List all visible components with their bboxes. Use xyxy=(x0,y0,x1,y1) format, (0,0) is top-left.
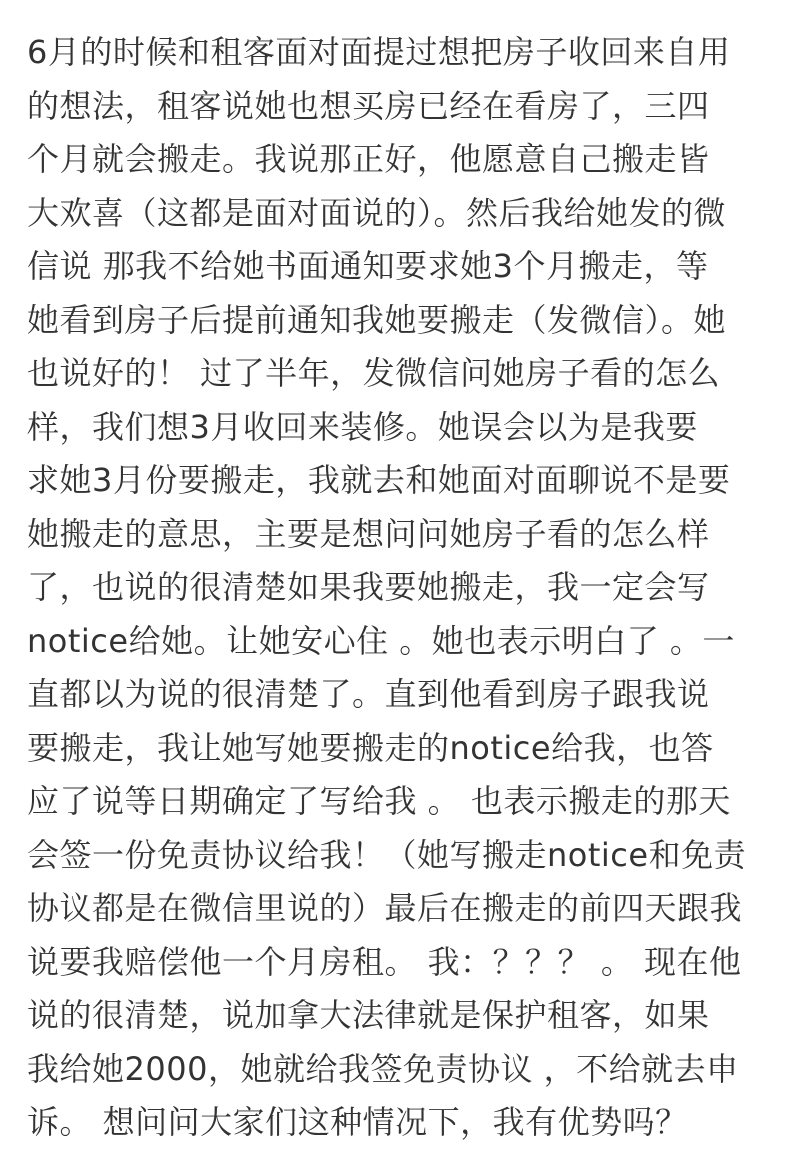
post-line: 样，我们想3月收回来装修。她误会以为是我要 xyxy=(27,401,777,455)
post-line: 应了说等日期确定了写给我 。 也表示搬走的那天 xyxy=(27,775,777,829)
post-line: 要搬走，我让她写她要搬走的notice给我，也答 xyxy=(27,722,777,776)
post-line: 说的很清楚，说加拿大法律就是保护租客，如果 xyxy=(27,989,777,1043)
post-line: 我给她2000，她就给我签免责协议 ，不给就去申 xyxy=(27,1043,777,1097)
post-line: 她搬走的意思，主要是想问问她房子看的怎么样 xyxy=(27,508,777,562)
post-body: 6月的时候和租客面对面提过想把房子收回来自用 的想法，租客说她也想买房已经在看房… xyxy=(27,26,777,1150)
post-line: 她看到房子后提前通知我她要搬走（发微信）。她 xyxy=(27,294,777,348)
post-line: 也说好的！ 过了半年，发微信问她房子看的怎么 xyxy=(27,347,777,401)
post-line: 个月就会搬走。我说那正好，他愿意自己搬走皆 xyxy=(27,133,777,187)
post-line: 信说 那我不给她书面通知要求她3个月搬走，等 xyxy=(27,240,777,294)
post-line: 直都以为说的很清楚了。直到他看到房子跟我说 xyxy=(27,668,777,722)
post-line: 6月的时候和租客面对面提过想把房子收回来自用 xyxy=(27,26,777,80)
post-line: 的想法，租客说她也想买房已经在看房了，三四 xyxy=(27,80,777,134)
post-line: 会签一份免责协议给我！（她写搬走notice和免责 xyxy=(27,829,777,883)
post-line: 求她3月份要搬走，我就去和她面对面聊说不是要 xyxy=(27,454,777,508)
post-line: 了，也说的很清楚如果我要她搬走，我一定会写 xyxy=(27,561,777,615)
post-line: 诉。 想问问大家们这种情况下，我有优势吗？ xyxy=(27,1096,777,1150)
post-line: 大欢喜（这都是面对面说的）。然后我给她发的微 xyxy=(27,187,777,241)
post-line: 说要我赔偿他一个月房租。 我：？？？ 。 现在他 xyxy=(27,936,777,990)
post-line: 协议都是在微信里说的）最后在搬走的前四天跟我 xyxy=(27,882,777,936)
post-line: notice给她。让她安心住 。她也表示明白了 。一 xyxy=(27,615,777,669)
